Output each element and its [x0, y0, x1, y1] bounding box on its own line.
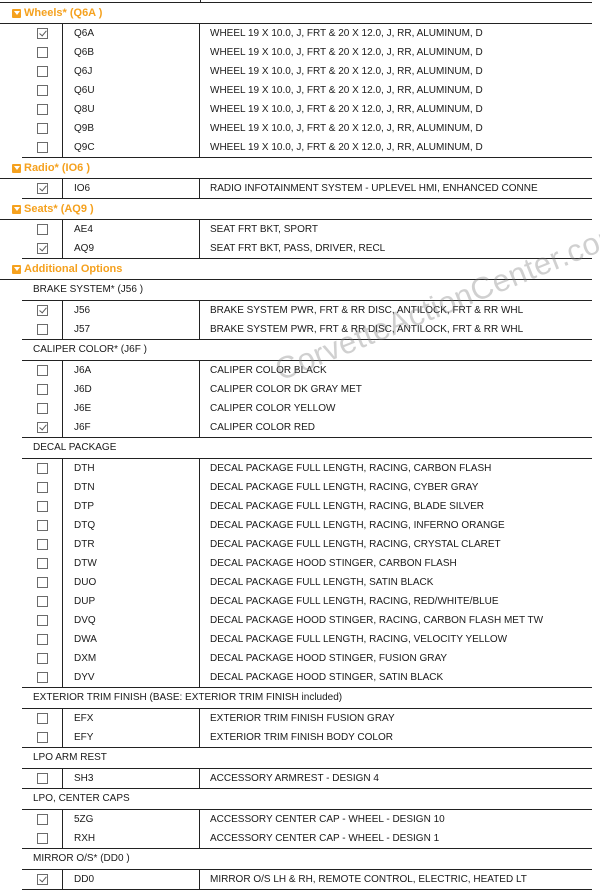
section-header-wheels-q6a[interactable]: Wheels* (Q6A ) — [0, 3, 592, 24]
collapse-triangle-icon[interactable] — [12, 205, 21, 214]
option-row-j56[interactable]: J56BRAKE SYSTEM PWR, FRT & RR DISC, ANTI… — [22, 301, 592, 320]
checkbox-unchecked-icon[interactable] — [37, 104, 48, 115]
option-row-efx[interactable]: EFXEXTERIOR TRIM FINISH FUSION GRAY — [22, 709, 592, 728]
option-row-5zg[interactable]: 5ZGACCESSORY CENTER CAP - WHEEL - DESIGN… — [22, 810, 592, 829]
section-title: Additional Options — [24, 259, 122, 279]
option-code: IO6 — [74, 183, 90, 194]
checkbox-unchecked-icon[interactable] — [37, 224, 48, 235]
option-group: IO6RADIO INFOTAINMENT SYSTEM - UPLEVEL H… — [22, 179, 592, 199]
option-row-dtr[interactable]: DTRDECAL PACKAGE FULL LENGTH, RACING, CR… — [22, 535, 592, 554]
option-code: DTR — [74, 539, 95, 550]
option-row-dyv[interactable]: DYVDECAL PACKAGE HOOD STINGER, SATIN BLA… — [22, 668, 592, 687]
checkbox-unchecked-icon[interactable] — [37, 47, 48, 58]
option-code: J6D — [74, 384, 92, 395]
section-header-radio-io6[interactable]: Radio* (IO6 ) — [0, 158, 592, 179]
option-code: Q6J — [74, 66, 92, 77]
option-group: SH3ACCESSORY ARMREST - DESIGN 4 — [22, 769, 592, 789]
checkbox-unchecked-icon[interactable] — [37, 653, 48, 664]
option-row-duo[interactable]: DUODECAL PACKAGE FULL LENGTH, SATIN BLAC… — [22, 573, 592, 592]
option-description: CALIPER COLOR YELLOW — [210, 403, 335, 414]
option-row-q6j[interactable]: Q6JWHEEL 19 X 10.0, J, FRT & 20 X 12.0, … — [22, 62, 592, 81]
checkbox-unchecked-icon[interactable] — [37, 520, 48, 531]
option-group: J6ACALIPER COLOR BLACKJ6DCALIPER COLOR D… — [22, 361, 592, 438]
option-description: WHEEL 19 X 10.0, J, FRT & 20 X 12.0, J, … — [210, 85, 483, 96]
option-group: 5ZGACCESSORY CENTER CAP - WHEEL - DESIGN… — [22, 810, 592, 849]
checkbox-unchecked-icon[interactable] — [37, 85, 48, 96]
option-group: Q6AWHEEL 19 X 10.0, J, FRT & 20 X 12.0, … — [22, 24, 592, 158]
option-description: SEAT FRT BKT, SPORT — [210, 224, 318, 235]
option-description: EXTERIOR TRIM FINISH BODY COLOR — [210, 732, 393, 743]
option-code: Q9C — [74, 142, 95, 153]
checkbox-unchecked-icon[interactable] — [37, 66, 48, 77]
option-description: BRAKE SYSTEM PWR, FRT & RR DISC, ANTILOC… — [210, 305, 523, 316]
checkbox-checked-icon[interactable] — [37, 422, 48, 433]
checkbox-unchecked-icon[interactable] — [37, 463, 48, 474]
option-row-sh3[interactable]: SH3ACCESSORY ARMREST - DESIGN 4 — [22, 769, 592, 788]
option-group: EFXEXTERIOR TRIM FINISH FUSION GRAYEFYEX… — [22, 709, 592, 748]
option-code: J6A — [74, 365, 91, 376]
option-code: DXM — [74, 653, 96, 664]
checkbox-unchecked-icon[interactable] — [37, 634, 48, 645]
option-row-q6b[interactable]: Q6BWHEEL 19 X 10.0, J, FRT & 20 X 12.0, … — [22, 43, 592, 62]
option-description: DECAL PACKAGE FULL LENGTH, RACING, CARBO… — [210, 463, 491, 474]
option-description: DECAL PACKAGE HOOD STINGER, FUSION GRAY — [210, 653, 447, 664]
option-code: 5ZG — [74, 814, 93, 825]
section-title: Radio* (IO6 ) — [24, 158, 90, 178]
option-row-j6a[interactable]: J6ACALIPER COLOR BLACK — [22, 361, 592, 380]
section-header-seats-aq9[interactable]: Seats* (AQ9 ) — [0, 199, 592, 220]
collapse-triangle-icon[interactable] — [12, 164, 21, 173]
collapse-triangle-icon[interactable] — [12, 265, 21, 274]
subgroup-header-brake-system-j56: BRAKE SYSTEM* (J56 ) — [22, 280, 592, 301]
checkbox-unchecked-icon[interactable] — [37, 501, 48, 512]
option-description: DECAL PACKAGE FULL LENGTH, RACING, RED/W… — [210, 596, 499, 607]
option-row-dxm[interactable]: DXMDECAL PACKAGE HOOD STINGER, FUSION GR… — [22, 649, 592, 668]
checkbox-unchecked-icon[interactable] — [37, 577, 48, 588]
option-code: Q6U — [74, 85, 95, 96]
option-row-q8u[interactable]: Q8UWHEEL 19 X 10.0, J, FRT & 20 X 12.0, … — [22, 100, 592, 119]
section-title: Seats* (AQ9 ) — [24, 199, 94, 219]
option-code: Q6A — [74, 28, 94, 39]
option-code: SH3 — [74, 773, 93, 784]
options-table: Wheels* (Q6A )Q6AWHEEL 19 X 10.0, J, FRT… — [0, 0, 592, 890]
option-description: RADIO INFOTAINMENT SYSTEM - UPLEVEL HMI,… — [210, 183, 538, 194]
checkbox-unchecked-icon[interactable] — [37, 123, 48, 134]
checkbox-unchecked-icon[interactable] — [37, 732, 48, 743]
option-row-io6[interactable]: IO6RADIO INFOTAINMENT SYSTEM - UPLEVEL H… — [22, 179, 592, 198]
option-row-q9b[interactable]: Q9BWHEEL 19 X 10.0, J, FRT & 20 X 12.0, … — [22, 119, 592, 138]
option-description: WHEEL 19 X 10.0, J, FRT & 20 X 12.0, J, … — [210, 47, 483, 58]
checkbox-unchecked-icon[interactable] — [37, 833, 48, 844]
option-code: DYV — [74, 672, 95, 683]
subgroup-header-lpo-center-caps: LPO, CENTER CAPS — [22, 789, 592, 810]
option-code: J57 — [74, 324, 90, 335]
option-row-q6a[interactable]: Q6AWHEEL 19 X 10.0, J, FRT & 20 X 12.0, … — [22, 24, 592, 43]
checkbox-unchecked-icon[interactable] — [37, 814, 48, 825]
option-code: Q8U — [74, 104, 95, 115]
option-description: WHEEL 19 X 10.0, J, FRT & 20 X 12.0, J, … — [210, 104, 483, 115]
option-description: ACCESSORY CENTER CAP - WHEEL - DESIGN 10 — [210, 814, 445, 825]
option-code: DTP — [74, 501, 94, 512]
option-code: DD0 — [74, 874, 94, 885]
option-row-dvq[interactable]: DVQDECAL PACKAGE HOOD STINGER, RACING, C… — [22, 611, 592, 630]
option-group: DTHDECAL PACKAGE FULL LENGTH, RACING, CA… — [22, 459, 592, 688]
subgroup-header-caliper-color-j6f: CALIPER COLOR* (J6F ) — [22, 340, 592, 361]
option-row-j57[interactable]: J57BRAKE SYSTEM PWR, FRT & RR DISC, ANTI… — [22, 320, 592, 339]
option-description: EXTERIOR TRIM FINISH FUSION GRAY — [210, 713, 395, 724]
option-description: ACCESSORY CENTER CAP - WHEEL - DESIGN 1 — [210, 833, 439, 844]
option-row-dwa[interactable]: DWADECAL PACKAGE FULL LENGTH, RACING, VE… — [22, 630, 592, 649]
option-row-dtw[interactable]: DTWDECAL PACKAGE HOOD STINGER, CARBON FL… — [22, 554, 592, 573]
option-row-aq9[interactable]: AQ9SEAT FRT BKT, PASS, DRIVER, RECL — [22, 239, 592, 258]
section-title: Wheels* (Q6A ) — [24, 3, 102, 23]
option-description: DECAL PACKAGE FULL LENGTH, RACING, CYBER… — [210, 482, 478, 493]
checkbox-unchecked-icon[interactable] — [37, 672, 48, 683]
option-row-dtp[interactable]: DTPDECAL PACKAGE FULL LENGTH, RACING, BL… — [22, 497, 592, 516]
subgroup-header-lpo-arm-rest: LPO ARM REST — [22, 748, 592, 769]
checkbox-unchecked-icon[interactable] — [37, 773, 48, 784]
option-row-j6d[interactable]: J6DCALIPER COLOR DK GRAY MET — [22, 380, 592, 399]
top-rule — [0, 0, 592, 3]
option-description: CALIPER COLOR DK GRAY MET — [210, 384, 362, 395]
option-code: AQ9 — [74, 243, 94, 254]
option-code: J56 — [74, 305, 90, 316]
checkbox-unchecked-icon[interactable] — [37, 365, 48, 376]
option-code: EFY — [74, 732, 93, 743]
option-group: J56BRAKE SYSTEM PWR, FRT & RR DISC, ANTI… — [22, 301, 592, 340]
section-header-additional-options[interactable]: Additional Options — [0, 259, 592, 280]
option-description: WHEEL 19 X 10.0, J, FRT & 20 X 12.0, J, … — [210, 142, 483, 153]
option-row-efy[interactable]: EFYEXTERIOR TRIM FINISH BODY COLOR — [22, 728, 592, 747]
option-description: DECAL PACKAGE FULL LENGTH, RACING, VELOC… — [210, 634, 507, 645]
checkbox-unchecked-icon[interactable] — [37, 482, 48, 493]
option-row-q9c[interactable]: Q9CWHEEL 19 X 10.0, J, FRT & 20 X 12.0, … — [22, 138, 592, 157]
option-row-dtn[interactable]: DTNDECAL PACKAGE FULL LENGTH, RACING, CY… — [22, 478, 592, 497]
checkbox-checked-icon[interactable] — [37, 28, 48, 39]
checkbox-unchecked-icon[interactable] — [37, 403, 48, 414]
checkbox-unchecked-icon[interactable] — [37, 558, 48, 569]
option-description: WHEEL 19 X 10.0, J, FRT & 20 X 12.0, J, … — [210, 28, 483, 39]
option-group: AE4SEAT FRT BKT, SPORTAQ9SEAT FRT BKT, P… — [22, 220, 592, 259]
collapse-triangle-icon[interactable] — [12, 9, 21, 18]
option-description: DECAL PACKAGE FULL LENGTH, SATIN BLACK — [210, 577, 433, 588]
option-row-q6u[interactable]: Q6UWHEEL 19 X 10.0, J, FRT & 20 X 12.0, … — [22, 81, 592, 100]
option-description: DECAL PACKAGE FULL LENGTH, RACING, BLADE… — [210, 501, 484, 512]
option-description: DECAL PACKAGE HOOD STINGER, RACING, CARB… — [210, 615, 543, 626]
option-description: WHEEL 19 X 10.0, J, FRT & 20 X 12.0, J, … — [210, 123, 483, 134]
option-description: WHEEL 19 X 10.0, J, FRT & 20 X 12.0, J, … — [210, 66, 483, 77]
option-description: CALIPER COLOR RED — [210, 422, 315, 433]
option-code: AE4 — [74, 224, 93, 235]
option-code: J6F — [74, 422, 91, 433]
option-description: BRAKE SYSTEM PWR, FRT & RR DISC, ANTILOC… — [210, 324, 523, 335]
option-description: DECAL PACKAGE FULL LENGTH, RACING, INFER… — [210, 520, 505, 531]
checkbox-unchecked-icon[interactable] — [37, 384, 48, 395]
option-row-j6f[interactable]: J6FCALIPER COLOR RED — [22, 418, 592, 437]
checkbox-checked-icon[interactable] — [37, 874, 48, 885]
option-row-ae4[interactable]: AE4SEAT FRT BKT, SPORT — [22, 220, 592, 239]
option-row-dth[interactable]: DTHDECAL PACKAGE FULL LENGTH, RACING, CA… — [22, 459, 592, 478]
option-row-dup[interactable]: DUPDECAL PACKAGE FULL LENGTH, RACING, RE… — [22, 592, 592, 611]
subgroup-header-exterior-trim-finish-base-exte: EXTERIOR TRIM FINISH (BASE: EXTERIOR TRI… — [22, 688, 592, 709]
checkbox-unchecked-icon[interactable] — [37, 539, 48, 550]
option-code: Q9B — [74, 123, 94, 134]
checkbox-unchecked-icon[interactable] — [37, 596, 48, 607]
option-row-j6e[interactable]: J6ECALIPER COLOR YELLOW — [22, 399, 592, 418]
checkbox-checked-icon[interactable] — [37, 305, 48, 316]
option-code: DTQ — [74, 520, 95, 531]
option-row-dtq[interactable]: DTQDECAL PACKAGE FULL LENGTH, RACING, IN… — [22, 516, 592, 535]
option-description: MIRROR O/S LH & RH, REMOTE CONTROL, ELEC… — [210, 874, 527, 885]
option-code: DWA — [74, 634, 97, 645]
option-code: DUP — [74, 596, 95, 607]
option-description: CALIPER COLOR BLACK — [210, 365, 327, 376]
checkbox-checked-icon[interactable] — [37, 243, 48, 254]
option-code: DUO — [74, 577, 96, 588]
option-row-dd0[interactable]: DD0MIRROR O/S LH & RH, REMOTE CONTROL, E… — [22, 870, 592, 889]
checkbox-unchecked-icon[interactable] — [37, 615, 48, 626]
option-code: RXH — [74, 833, 95, 844]
option-description: DECAL PACKAGE FULL LENGTH, RACING, CRYST… — [210, 539, 501, 550]
option-code: DTH — [74, 463, 95, 474]
option-description: SEAT FRT BKT, PASS, DRIVER, RECL — [210, 243, 385, 254]
subgroup-header-decal-package: DECAL PACKAGE — [22, 438, 592, 459]
option-code: DVQ — [74, 615, 96, 626]
option-description: ACCESSORY ARMREST - DESIGN 4 — [210, 773, 379, 784]
option-row-rxh[interactable]: RXHACCESSORY CENTER CAP - WHEEL - DESIGN… — [22, 829, 592, 848]
option-code: DTN — [74, 482, 95, 493]
subgroup-header-mirror-o-s-dd0: MIRROR O/S* (DD0 ) — [22, 849, 592, 870]
checkbox-unchecked-icon[interactable] — [37, 324, 48, 335]
option-code: J6E — [74, 403, 91, 414]
option-description: DECAL PACKAGE HOOD STINGER, SATIN BLACK — [210, 672, 443, 683]
checkbox-checked-icon[interactable] — [37, 183, 48, 194]
checkbox-unchecked-icon[interactable] — [37, 142, 48, 153]
option-description: DECAL PACKAGE HOOD STINGER, CARBON FLASH — [210, 558, 457, 569]
option-code: DTW — [74, 558, 97, 569]
checkbox-unchecked-icon[interactable] — [37, 713, 48, 724]
option-group: DD0MIRROR O/S LH & RH, REMOTE CONTROL, E… — [22, 870, 592, 890]
option-code: Q6B — [74, 47, 94, 58]
option-code: EFX — [74, 713, 93, 724]
